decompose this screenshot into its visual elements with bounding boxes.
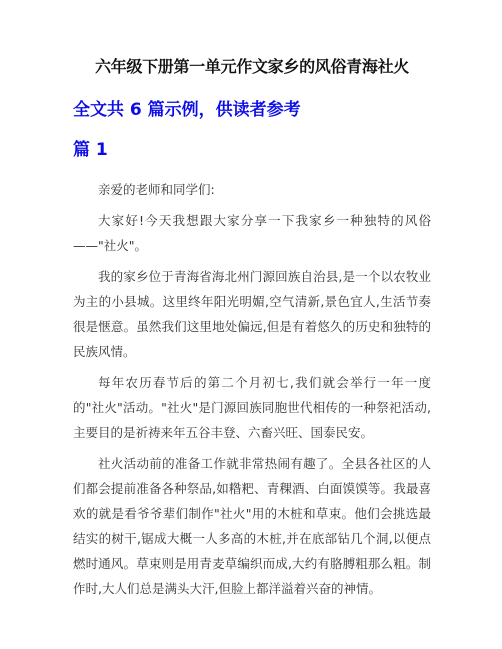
paragraph-hometown: 我的家乡位于青海省海北州门源回族自治县,是一个以农牧业为主的小县城。这里终年阳光…: [73, 264, 431, 364]
document-title: 六年级下册第一单元作文家乡的风俗青海社火: [73, 57, 431, 77]
document-subtitle: 全文共 6 篇示例，供读者参考: [73, 98, 431, 122]
paragraph-greeting: 亲爱的老师和同学们:: [73, 177, 431, 202]
paragraph-preparation: 社火活动前的准备工作就非常热闹有趣了。全县各社区的人们都会提前准备各种祭品,如糌…: [73, 451, 431, 601]
document-page: 六年级下册第一单元作文家乡的风俗青海社火 全文共 6 篇示例，供读者参考 篇 1…: [0, 0, 502, 649]
paragraph-festival: 每年农历春节后的第二个月初七,我们就会举行一年一度的"社火"活动。"社火"是门源…: [73, 370, 431, 445]
section-label: 篇 1: [73, 139, 431, 161]
essay-body: 亲爱的老师和同学们: 大家好!今天我想跟大家分享一下我家乡一种独特的风俗——"社…: [73, 177, 431, 601]
paragraph-intro: 大家好!今天我想跟大家分享一下我家乡一种独特的风俗——"社火"。: [73, 208, 431, 258]
